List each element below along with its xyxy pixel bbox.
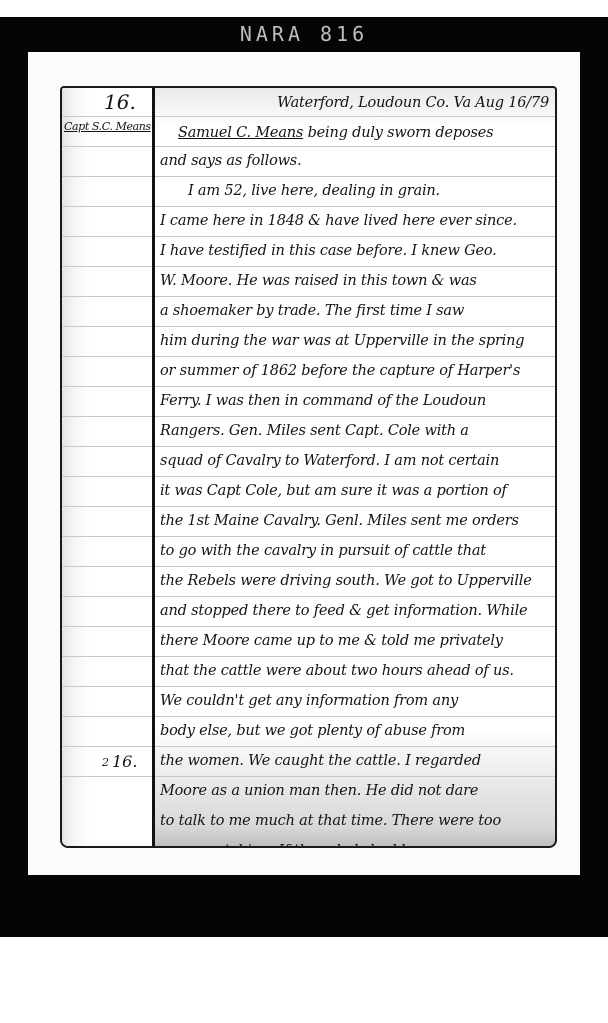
text-line: and stopped there to feed & get informat… — [160, 596, 549, 626]
text-line: there Moore came up to me & told me priv… — [160, 626, 549, 656]
margin-divider — [152, 88, 155, 846]
text-line: it was Capt Cole, but am sure it was a p… — [160, 476, 549, 506]
text-line: the Rebels were driving south. We got to… — [160, 566, 549, 596]
text-line: We couldn't get any information from any — [160, 686, 549, 716]
text-line: him during the war was at Upperville in … — [160, 326, 549, 356]
text-line: a shoemaker by trade. The first time I s… — [160, 296, 549, 326]
deponent-name: Samuel C. Means — [178, 125, 303, 141]
margin-note: Capt S.C. Means — [64, 120, 151, 133]
text-line: and says as follows. — [160, 146, 549, 176]
text-line: Moore as a union man then. He did not da… — [160, 776, 549, 806]
text-line: W. Moore. He was raised in this town & w… — [160, 266, 549, 296]
text-line: or summer of 1862 before the capture of … — [160, 356, 549, 386]
bottom-mark: 2 — [102, 756, 109, 769]
text-line: the 1st Maine Cavalry. Genl. Miles sent … — [160, 506, 549, 536]
text-line: squad of Cavalry to Waterford. I am not … — [160, 446, 549, 476]
text-line: that the cattle were about two hours ahe… — [160, 656, 549, 686]
text-line: to talk to me much at that time. There w… — [160, 806, 549, 836]
ledger-sheet: 16. Capt S.C. Means 2 16. Waterford, Lou… — [60, 86, 557, 848]
text-line: to go with the cavalry in pursuit of cat… — [160, 536, 549, 566]
bottom-page-number: 16. — [112, 752, 137, 771]
text-line: the women. We caught the cattle. I regar… — [160, 746, 549, 776]
margin-column — [62, 88, 152, 846]
film-label: NARA 816 — [0, 21, 608, 47]
text-line: I am 52, live here, dealing in grain. — [160, 176, 549, 206]
text-line: I have testified in this case before. I … — [160, 236, 549, 266]
page-number: 16. — [104, 90, 136, 114]
text-line: body else, but we got plenty of abuse fr… — [160, 716, 549, 746]
text-line: many watching. If the rebels had known — [160, 836, 549, 848]
text-line: Rangers. Gen. Miles sent Capt. Cole with… — [160, 416, 549, 446]
text-line: I came here in 1848 & have lived here ev… — [160, 206, 549, 236]
text-line: Ferry. I was then in command of the Loud… — [160, 386, 549, 416]
text-line: Samuel C. Means being duly sworn deposes — [160, 118, 549, 148]
document-header: Waterford, Loudoun Co. Va Aug 16/79 — [160, 88, 549, 118]
text-span: being duly sworn deposes — [308, 125, 494, 141]
